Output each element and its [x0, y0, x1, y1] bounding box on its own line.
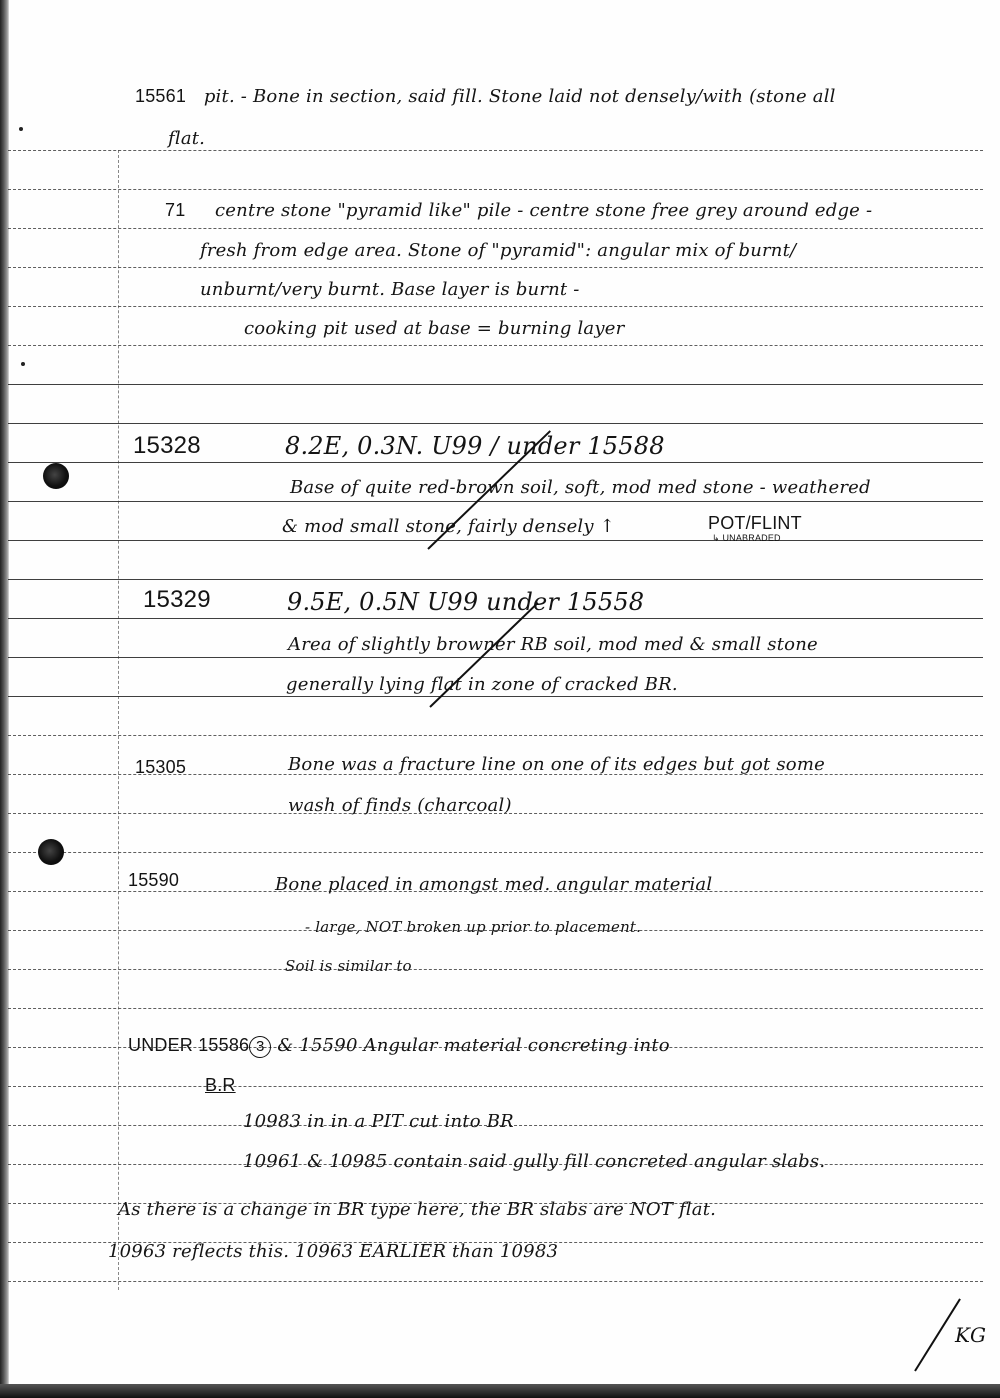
speck — [19, 127, 23, 131]
ruled-line — [8, 150, 983, 151]
context-number: 15305 — [135, 757, 186, 778]
under-note: UNDER 155863 & 15590 Angular material co… — [128, 1035, 670, 1058]
under-note-line: 10963 reflects this. 10963 EARLIER than … — [108, 1241, 558, 1262]
entry-line: Soil is similar to — [285, 957, 412, 975]
entry-line: unburnt/very burnt. Base layer is burnt … — [200, 279, 580, 300]
context-number: 71 — [165, 200, 185, 220]
ruled-line — [8, 306, 983, 307]
context-number: 15329 — [143, 586, 211, 614]
speck — [21, 362, 25, 366]
entry-15561: 15561 pit. - Bone in section, said fill.… — [135, 86, 836, 107]
entry-line: generally lying flat in zone of cracked … — [286, 674, 678, 695]
ruled-line — [8, 228, 983, 229]
under-note-line: 10983 in in a PIT cut into BR — [243, 1111, 514, 1132]
entry-line: Base of quite red-brown soil, soft, mod … — [290, 477, 871, 498]
notebook-page: 15561 pit. - Bone in section, said fill.… — [0, 0, 1000, 1398]
entry-line: fresh from edge area. Stone of "pyramid"… — [200, 240, 796, 261]
ruled-line — [8, 618, 983, 619]
ruled-line — [8, 501, 983, 502]
ruled-line — [8, 735, 983, 736]
page-bottom-edge — [0, 1384, 1000, 1398]
ruled-line — [8, 1281, 983, 1282]
context-number: 15561 — [135, 86, 186, 106]
entry-heading: 9.5E, 0.5N U99 under 15558 — [287, 588, 644, 616]
ruled-line — [8, 540, 983, 541]
entry-line: wash of finds (charcoal) — [288, 795, 512, 816]
ruled-line — [8, 969, 983, 970]
ruled-line — [8, 189, 983, 190]
entry-line: Area of slightly browner RB soil, mod me… — [288, 634, 818, 655]
ruled-line — [8, 345, 983, 346]
finds-annotation: POT/FLINT — [708, 513, 802, 534]
ruled-line — [8, 1008, 983, 1009]
entry-line: pit. - Bone in section, said fill. Stone… — [204, 86, 836, 107]
margin-line — [118, 150, 119, 1290]
ruled-line — [8, 462, 983, 463]
ruled-line — [8, 267, 983, 268]
context-number: 15328 — [133, 432, 201, 460]
ruled-line — [8, 423, 983, 424]
under-note-line: 10961 & 10985 contain said gully fill co… — [243, 1151, 825, 1172]
entry-heading: 8.2E, 0.3N. U99 / under 15588 — [285, 432, 665, 460]
entry-71: 71 centre stone "pyramid like" pile - ce… — [165, 200, 872, 221]
corner-line — [914, 1298, 961, 1371]
ruled-line — [8, 579, 983, 580]
entry-line: - large, NOT broken up prior to placemen… — [305, 918, 641, 936]
ruled-line — [8, 1086, 983, 1087]
punch-hole — [43, 463, 69, 489]
under-note-text: & 15590 Angular material concreting into — [277, 1035, 670, 1056]
ruled-line — [8, 852, 983, 853]
entry-line: Bone placed in amongst med. angular mate… — [275, 874, 712, 895]
circled-number: 3 — [249, 1036, 271, 1058]
under-note-prefix: UNDER 15586 — [128, 1035, 249, 1055]
context-number: 15590 — [128, 870, 179, 891]
br-label: B.R — [205, 1075, 236, 1096]
ruled-line — [8, 696, 983, 697]
ruled-line — [8, 384, 983, 385]
finds-annotation-sub: ↳ UNABRADED — [712, 533, 781, 544]
signature-initials: KG — [955, 1323, 986, 1347]
entry-line: Bone was a fracture line on one of its e… — [288, 754, 825, 775]
ruled-line — [8, 657, 983, 658]
under-note-line: As there is a change in BR type here, th… — [118, 1199, 716, 1220]
entry-line: cooking pit used at base = burning layer — [244, 318, 624, 339]
entry-line: flat. — [168, 128, 205, 149]
entry-line: centre stone "pyramid like" pile - centr… — [215, 200, 872, 221]
punch-hole — [38, 839, 64, 865]
page-binding-edge — [0, 0, 9, 1398]
